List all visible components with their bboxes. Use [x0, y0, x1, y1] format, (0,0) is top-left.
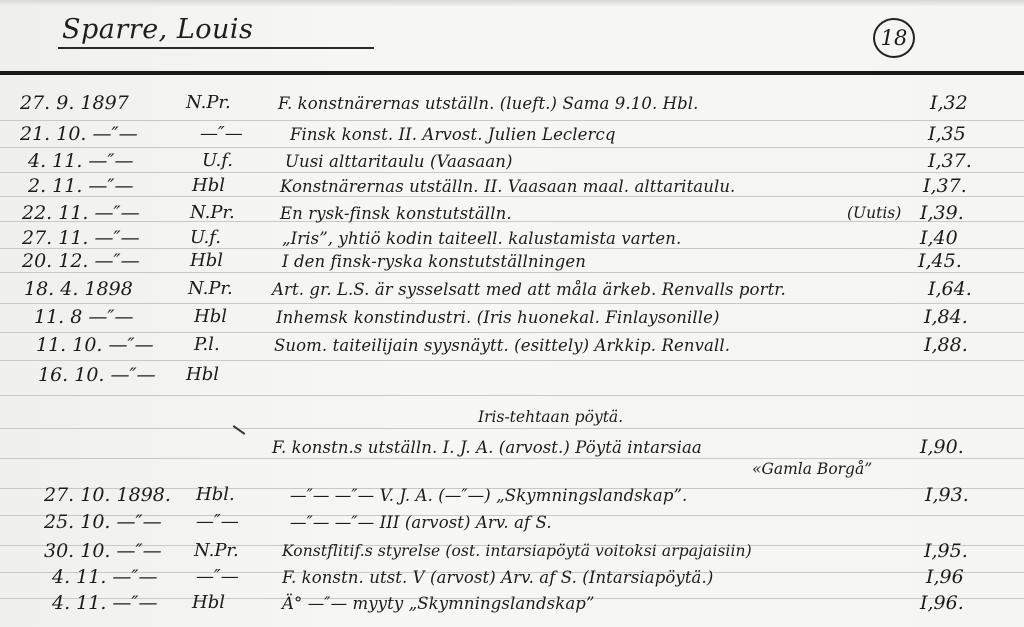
entry-source: —″— — [196, 511, 239, 532]
entry-source: N.Pr. — [188, 278, 233, 299]
entry-source: Hbl — [192, 175, 225, 196]
entry-source: Hbl — [186, 364, 219, 385]
entry-text: F. konstn. utst. V (arvost) Arv. af S. (… — [282, 568, 713, 587]
entry-text: Uusi alttaritaulu (Vaasaan) — [285, 152, 513, 171]
entry-row: 16. 10. —″— Hbl — [0, 364, 1024, 388]
entry-ref: I,95. — [924, 540, 968, 562]
entry-text: F. konstn.s utställn. I. J. A. (arvost.)… — [272, 438, 702, 457]
entry-ref: I,40 — [920, 227, 958, 249]
ruled-line — [0, 303, 1024, 304]
entry-source: Hbl — [194, 306, 227, 327]
entry-row: 20. 12. —″— Hbl I den finsk-ryska konstu… — [0, 250, 1024, 274]
entry-ref: I,90. — [920, 436, 964, 458]
card-name: Sparre, Louis — [62, 14, 253, 45]
ruled-line — [0, 360, 1024, 361]
entry-source: N.Pr. — [186, 92, 231, 113]
entry-row: 11. 10. —″— P.l. Suom. taiteilijain syys… — [0, 334, 1024, 358]
entry-date: 20. 12. —″— — [22, 250, 140, 272]
entry-note: (Uutis) — [847, 204, 901, 222]
header-divider — [0, 71, 1024, 75]
entry-text: Art. gr. L.S. är sysselsatt med att måla… — [272, 280, 786, 299]
entry-ref: I,96. — [920, 592, 964, 614]
entry-text: —″— —″— V. J. A. (—″—) „Skymningslandska… — [290, 486, 687, 505]
entry-row: 27. 9. 1897 N.Pr. F. konstnärernas utstä… — [0, 92, 1024, 116]
entry-ref: I,39. — [920, 202, 964, 224]
entry-row: 22. 11. —″— N.Pr. En rysk-finsk konstuts… — [0, 202, 1024, 226]
entry-date: 27. 11. —″— — [22, 227, 140, 249]
entry-row: 18. 4. 1898 N.Pr. Art. gr. L.S. är sysse… — [0, 278, 1024, 302]
entry-row: 11. 8 —″— Hbl Inhemsk konstindustri. (Ir… — [0, 306, 1024, 330]
entry-date: 22. 11. —″— — [22, 202, 140, 224]
entry-row: 30. 10. —″— N.Pr. Konstflitif.s styrelse… — [0, 540, 1024, 564]
entry-text: „Iris”, yhtiö kodin taiteell. kalustamis… — [282, 229, 681, 248]
ruled-line — [0, 395, 1024, 396]
entry-row: 4. 11. —″— U.f. Uusi alttaritaulu (Vaasa… — [0, 150, 1024, 174]
entry-text: Konstflitif.s styrelse (ost. intarsiapöy… — [282, 542, 752, 560]
entry-text: F. konstnärernas utställn. (lueft.) Sama… — [278, 94, 699, 113]
entry-source: N.Pr. — [190, 202, 235, 223]
entry-text: —″— —″— III (arvost) Arv. af S. — [290, 513, 552, 532]
entry-ref: I,45. — [918, 250, 962, 272]
entry-date: 2. 11. —″— — [28, 175, 134, 197]
entry-source: U.f. — [202, 150, 233, 171]
name-underline — [58, 47, 374, 49]
entry-source: N.Pr. — [194, 540, 239, 561]
entry-source: —″— — [200, 123, 243, 144]
entry-text: Konstnärernas utställn. II. Vaasaan maal… — [280, 177, 735, 196]
entry-date: 25. 10. —″— — [44, 511, 162, 533]
continuation-arrow-icon — [233, 425, 246, 435]
entry-row: F. konstn.s utställn. I. J. A. (arvost.)… — [0, 436, 1024, 460]
entry-row: 27. 10. 1898. Hbl. —″— —″— V. J. A. (—″—… — [0, 484, 1024, 508]
entry-date: 4. 11. —″— — [52, 592, 158, 614]
entry-row: 4. 11. —″— —″— F. konstn. utst. V (arvos… — [0, 566, 1024, 590]
entry-source: Hbl — [190, 250, 223, 271]
entry-ref: I,93. — [925, 484, 969, 506]
entry-text: En rysk-finsk konstutställn. — [280, 204, 512, 223]
entry-text: Ä° —″— myyty „Skymningslandskap” — [282, 594, 595, 613]
entry-source: Hbl. — [196, 484, 235, 505]
entry-text: Suom. taiteilijain syysnäytt. (esittely)… — [274, 336, 730, 355]
entry-row: 21. 10. —″— —″— Finsk konst. II. Arvost.… — [0, 123, 1024, 147]
entry-source: —″— — [196, 566, 239, 587]
entry-date: 21. 10. —″— — [20, 123, 138, 145]
entry-ref: I,88. — [924, 334, 968, 356]
entry-above-note: «Gamla Borgå” — [752, 460, 872, 478]
entry-ref: I,32 — [930, 92, 968, 114]
ruled-line — [0, 120, 1024, 121]
entry-date: 11. 10. —″— — [36, 334, 154, 356]
ruled-line — [0, 332, 1024, 333]
entry-row: 25. 10. —″— —″— —″— —″— III (arvost) Arv… — [0, 511, 1024, 535]
entry-source: U.f. — [190, 227, 221, 248]
card-number-badge: 18 — [873, 18, 915, 58]
entry-date: 16. 10. —″— — [38, 364, 156, 386]
ruled-line — [0, 428, 1024, 429]
entry-date: 18. 4. 1898 — [24, 278, 133, 300]
index-card: Sparre, Louis 18 27. 9. 1897 N.Pr. F. ko… — [0, 0, 1024, 627]
entry-date: 11. 8 —″— — [34, 306, 133, 328]
entry-ref: I,35 — [928, 123, 966, 145]
entry-ref: I,84. — [924, 306, 968, 328]
card-top-edge — [0, 0, 1024, 6]
entry-date: 30. 10. —″— — [44, 540, 162, 562]
entry-row: 27. 11. —″— U.f. „Iris”, yhtiö kodin tai… — [0, 227, 1024, 251]
entry-above-note: Iris-tehtaan pöytä. — [478, 408, 623, 426]
entry-date: 4. 11. —″— — [52, 566, 158, 588]
entry-text: Finsk konst. II. Arvost. Julien Leclercq — [290, 125, 616, 144]
entry-row: 4. 11. —″— Hbl Ä° —″— myyty „Skymningsla… — [0, 592, 1024, 616]
entry-ref: I,64. — [928, 278, 972, 300]
entry-ref: I,37. — [928, 150, 972, 172]
entry-date: 27. 9. 1897 — [20, 92, 129, 114]
entry-ref: I,96 — [926, 566, 964, 588]
entry-text: I den finsk-ryska konstutställningen — [282, 252, 586, 271]
ruled-line — [0, 147, 1024, 148]
entry-date: 4. 11. —″— — [28, 150, 134, 172]
entry-row: 2. 11. —″— Hbl Konstnärernas utställn. I… — [0, 175, 1024, 199]
entry-text: Inhemsk konstindustri. (Iris huonekal. F… — [276, 308, 720, 327]
entry-source: Hbl — [192, 592, 225, 613]
entry-date: 27. 10. 1898. — [44, 484, 171, 506]
entry-ref: I,37. — [923, 175, 967, 197]
entry-source: P.l. — [194, 334, 220, 355]
